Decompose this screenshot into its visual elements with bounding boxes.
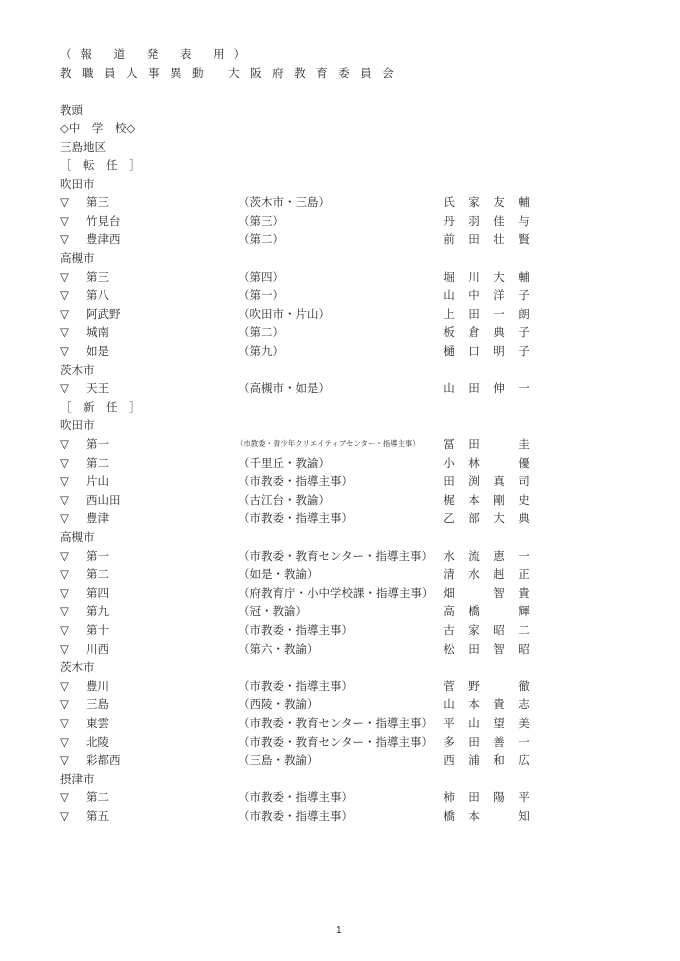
triangle-marker-icon: ▽ xyxy=(60,807,74,825)
name-char: 赳 xyxy=(492,565,506,583)
list-item: ▽三島（西陵・教諭）山本貴志 xyxy=(60,695,530,713)
name-char: 田 xyxy=(467,640,481,658)
school-name: 第三 xyxy=(86,268,109,286)
list-item: ▽第三（第四）堀川大輔 xyxy=(60,268,530,286)
name-char: 典 xyxy=(492,323,506,341)
school-name: 第九 xyxy=(86,602,109,620)
previous-post: （府教育庁・小中学校課・指導主事） xyxy=(238,584,434,602)
name-char: 司 xyxy=(517,472,531,490)
name-char: 善 xyxy=(492,733,506,751)
person-name: 乙部大典 xyxy=(442,509,532,527)
school-name: 第三 xyxy=(86,193,109,211)
person-name: 菅野徹 xyxy=(442,677,532,695)
name-char: 丹 xyxy=(442,212,456,230)
name-char: 正 xyxy=(517,565,531,583)
school-type-heading: ◇中 学 校◇ xyxy=(60,119,135,137)
list-item: ▽片山（市教委・指導主事）田渕真司 xyxy=(60,472,530,490)
school-name: 彩都西 xyxy=(86,751,121,769)
previous-post: （吹田市・片山） xyxy=(238,305,330,323)
name-char: 典 xyxy=(517,509,531,527)
name-char: 一 xyxy=(517,733,531,751)
school-name: 竹見台 xyxy=(86,212,121,230)
city-heading: 摂津市 xyxy=(60,770,95,788)
name-char: 水 xyxy=(442,547,456,565)
person-name: 畑智貴 xyxy=(442,584,532,602)
list-item: ▽第三（茨木市・三島）氏家友輔 xyxy=(60,193,530,211)
person-name: 堀川大輔 xyxy=(442,268,532,286)
previous-post: （第九） xyxy=(238,342,284,360)
school-name: 城南 xyxy=(86,323,109,341)
name-char: 倉 xyxy=(467,323,481,341)
previous-post: （市教委・指導主事） xyxy=(238,677,353,695)
name-char: 流 xyxy=(467,547,481,565)
name-char: 山 xyxy=(442,379,456,397)
name-char: 智 xyxy=(492,584,506,602)
section-label: ［ 転 任 ］ xyxy=(60,156,141,174)
person-name: 水流恵一 xyxy=(442,547,532,565)
list-item: ▽竹見台（第三）丹羽佳与 xyxy=(60,212,530,230)
name-char: 恵 xyxy=(492,547,506,565)
person-name: 氏家友輔 xyxy=(442,193,532,211)
triangle-marker-icon: ▽ xyxy=(60,230,74,248)
triangle-marker-icon: ▽ xyxy=(60,342,74,360)
name-char: 乙 xyxy=(442,509,456,527)
triangle-marker-icon: ▽ xyxy=(60,640,74,658)
triangle-marker-icon: ▽ xyxy=(60,509,74,527)
document-page: （報 道 発 表 用） 教職員人事異動 大阪府教育委員会 教頭 ◇中 学 校◇ … xyxy=(0,0,680,961)
school-name: 北陵 xyxy=(86,733,109,751)
name-char: 山 xyxy=(442,695,456,713)
triangle-marker-icon: ▽ xyxy=(60,788,74,806)
list-item: ▽西山田（古江台・教諭）梶本剛史 xyxy=(60,491,530,509)
name-char: 大 xyxy=(492,268,506,286)
name-char: 子 xyxy=(517,342,531,360)
name-char: 家 xyxy=(467,621,481,639)
previous-post: （如是・教諭） xyxy=(238,565,319,583)
person-name: 柿田陽平 xyxy=(442,788,532,806)
name-char: 部 xyxy=(467,509,481,527)
name-char: 友 xyxy=(492,193,506,211)
name-char: 清 xyxy=(442,565,456,583)
previous-post: （第一） xyxy=(238,286,284,304)
previous-post: （古江台・教諭） xyxy=(238,491,330,509)
person-name: 平山望美 xyxy=(442,714,532,732)
person-name: 高橋輝 xyxy=(442,602,532,620)
name-char: 壮 xyxy=(492,230,506,248)
name-char: 陽 xyxy=(492,788,506,806)
name-char: 山 xyxy=(442,286,456,304)
name-char: 貴 xyxy=(517,584,531,602)
name-char: 本 xyxy=(467,807,481,825)
name-char: 家 xyxy=(467,193,481,211)
person-name: 板倉典子 xyxy=(442,323,532,341)
previous-post: （第二） xyxy=(238,323,284,341)
previous-post: （市教委・青少年クリエイティブセンター・指導主事） xyxy=(236,435,420,453)
name-char: 子 xyxy=(517,323,531,341)
name-char: 柿 xyxy=(442,788,456,806)
previous-post: （千里丘・教諭） xyxy=(238,454,330,472)
name-char: 真 xyxy=(492,472,506,490)
city-heading: 吹田市 xyxy=(60,416,95,434)
school-name: 川西 xyxy=(86,640,109,658)
previous-post: （市教委・指導主事） xyxy=(238,621,353,639)
name-char: 平 xyxy=(517,788,531,806)
triangle-marker-icon: ▽ xyxy=(60,379,74,397)
person-name: 樋口明子 xyxy=(442,342,532,360)
list-item: ▽第九（冠・教諭）高橋輝 xyxy=(60,602,530,620)
list-item: ▽北陵（市教委・教育センター・指導主事）多田善一 xyxy=(60,733,530,751)
triangle-marker-icon: ▽ xyxy=(60,565,74,583)
triangle-marker-icon: ▽ xyxy=(60,193,74,211)
previous-post: （第六・教諭） xyxy=(238,640,319,658)
name-char: 中 xyxy=(467,286,481,304)
name-char: 前 xyxy=(442,230,456,248)
previous-post: （三島・教諭） xyxy=(238,751,319,769)
previous-post: （市教委・指導主事） xyxy=(238,807,353,825)
list-item: ▽第一（市教委・教育センター・指導主事）水流恵一 xyxy=(60,547,530,565)
list-item: ▽第五（市教委・指導主事）橋本知 xyxy=(60,807,530,825)
list-item: ▽東雲（市教委・教育センター・指導主事）平山望美 xyxy=(60,714,530,732)
list-item: ▽第二（如是・教諭）清水赳正 xyxy=(60,565,530,583)
name-char: 美 xyxy=(517,714,531,732)
triangle-marker-icon: ▽ xyxy=(60,714,74,732)
name-char: 田 xyxy=(442,472,456,490)
list-item: ▽豊津西（第二）前田壮賢 xyxy=(60,230,530,248)
press-label: （報 道 発 表 用） xyxy=(60,45,254,63)
previous-post: （第四） xyxy=(238,268,284,286)
person-name: 清水赳正 xyxy=(442,565,532,583)
school-name: 天王 xyxy=(86,379,109,397)
list-item: ▽天王（高槻市・如是）山田伸一 xyxy=(60,379,530,397)
person-name: 冨田圭 xyxy=(442,435,532,453)
name-char: 渕 xyxy=(467,472,481,490)
name-char: 昭 xyxy=(492,621,506,639)
triangle-marker-icon: ▽ xyxy=(60,212,74,230)
name-char: 田 xyxy=(467,733,481,751)
name-char: 梶 xyxy=(442,491,456,509)
name-char: 古 xyxy=(442,621,456,639)
school-name: 第一 xyxy=(86,435,109,453)
previous-post: （市教委・教育センター・指導主事） xyxy=(238,733,433,751)
triangle-marker-icon: ▽ xyxy=(60,268,74,286)
name-char: 西 xyxy=(442,751,456,769)
name-char: 口 xyxy=(467,342,481,360)
previous-post: （市教委・指導主事） xyxy=(238,788,353,806)
name-char: 佳 xyxy=(492,212,506,230)
name-char: 堀 xyxy=(442,268,456,286)
person-name: 前田壮賢 xyxy=(442,230,532,248)
name-char: 橋 xyxy=(467,602,481,620)
name-char: 朗 xyxy=(517,305,531,323)
person-name: 橋本知 xyxy=(442,807,532,825)
city-heading: 高槻市 xyxy=(60,528,95,546)
name-char: 輔 xyxy=(517,193,531,211)
name-char: 本 xyxy=(467,491,481,509)
list-item: ▽豊津（市教委・指導主事）乙部大典 xyxy=(60,509,530,527)
triangle-marker-icon: ▽ xyxy=(60,621,74,639)
triangle-marker-icon: ▽ xyxy=(60,491,74,509)
triangle-marker-icon: ▽ xyxy=(60,602,74,620)
school-name: 第八 xyxy=(86,286,109,304)
name-char: 望 xyxy=(492,714,506,732)
name-char: 山 xyxy=(467,714,481,732)
list-item: ▽城南（第二）板倉典子 xyxy=(60,323,530,341)
list-item: ▽如是（第九）樋口明子 xyxy=(60,342,530,360)
name-char: 田 xyxy=(467,305,481,323)
person-name: 松田智昭 xyxy=(442,640,532,658)
name-char: 小 xyxy=(442,454,456,472)
name-char: 上 xyxy=(442,305,456,323)
name-char: 優 xyxy=(517,454,531,472)
person-name: 山本貴志 xyxy=(442,695,532,713)
name-char: 野 xyxy=(467,677,481,695)
person-name: 古家昭二 xyxy=(442,621,532,639)
previous-post: （第三） xyxy=(238,212,284,230)
name-char: 輝 xyxy=(517,602,531,620)
name-char: 氏 xyxy=(442,193,456,211)
school-name: 第二 xyxy=(86,565,109,583)
previous-post: （西陵・教諭） xyxy=(238,695,319,713)
list-item: ▽第一（市教委・青少年クリエイティブセンター・指導主事）冨田圭 xyxy=(60,435,530,453)
school-name: 第一 xyxy=(86,547,109,565)
name-char: 子 xyxy=(517,286,531,304)
section-label: ［ 新 任 ］ xyxy=(60,398,141,416)
school-name: 第二 xyxy=(86,454,109,472)
previous-post: （冠・教諭） xyxy=(238,602,307,620)
name-char: 水 xyxy=(467,565,481,583)
triangle-marker-icon: ▽ xyxy=(60,695,74,713)
name-char: 田 xyxy=(467,230,481,248)
name-char: 本 xyxy=(467,695,481,713)
position-heading: 教頭 xyxy=(60,101,83,119)
name-char: 一 xyxy=(517,547,531,565)
name-char: 橋 xyxy=(442,807,456,825)
person-name: 田渕真司 xyxy=(442,472,532,490)
name-char: 剛 xyxy=(492,491,506,509)
name-char: 田 xyxy=(467,788,481,806)
name-char: 多 xyxy=(442,733,456,751)
name-char: 羽 xyxy=(467,212,481,230)
name-char: 史 xyxy=(517,491,531,509)
previous-post: （第二） xyxy=(238,230,284,248)
city-heading: 高槻市 xyxy=(60,249,95,267)
name-char: 賢 xyxy=(517,230,531,248)
school-name: 第十 xyxy=(86,621,109,639)
list-item: ▽第二（千里丘・教諭）小林優 xyxy=(60,454,530,472)
name-char: 二 xyxy=(517,621,531,639)
name-char: 徹 xyxy=(517,677,531,695)
person-name: 丹羽佳与 xyxy=(442,212,532,230)
school-name: 第四 xyxy=(86,584,109,602)
school-name: 第五 xyxy=(86,807,109,825)
person-name: 上田一朗 xyxy=(442,305,532,323)
name-char: 知 xyxy=(517,807,531,825)
name-char: 高 xyxy=(442,602,456,620)
person-name: 山中洋子 xyxy=(442,286,532,304)
name-char: 与 xyxy=(517,212,531,230)
name-char: 広 xyxy=(517,751,531,769)
triangle-marker-icon: ▽ xyxy=(60,305,74,323)
name-char: 菅 xyxy=(442,677,456,695)
triangle-marker-icon: ▽ xyxy=(60,454,74,472)
list-item: ▽第四（府教育庁・小中学校課・指導主事）畑智貴 xyxy=(60,584,530,602)
name-char: 和 xyxy=(492,751,506,769)
name-char: 冨 xyxy=(442,435,456,453)
name-char: 圭 xyxy=(517,435,531,453)
triangle-marker-icon: ▽ xyxy=(60,751,74,769)
name-char: 洋 xyxy=(492,286,506,304)
list-item: ▽第二（市教委・指導主事）柿田陽平 xyxy=(60,788,530,806)
list-item: ▽第八（第一）山中洋子 xyxy=(60,286,530,304)
person-name: 山田伸一 xyxy=(442,379,532,397)
school-name: 西山田 xyxy=(86,491,121,509)
name-char: 川 xyxy=(467,268,481,286)
triangle-marker-icon: ▽ xyxy=(60,435,74,453)
school-name: 第二 xyxy=(86,788,109,806)
previous-post: （市教委・指導主事） xyxy=(238,509,353,527)
name-char: 明 xyxy=(492,342,506,360)
name-char: 田 xyxy=(467,435,481,453)
name-char: 智 xyxy=(492,640,506,658)
name-char: 田 xyxy=(467,379,481,397)
previous-post: （茨木市・三島） xyxy=(238,193,330,211)
school-name: 豊津西 xyxy=(86,230,121,248)
school-name: 如是 xyxy=(86,342,109,360)
name-char: 松 xyxy=(442,640,456,658)
triangle-marker-icon: ▽ xyxy=(60,584,74,602)
school-name: 東雲 xyxy=(86,714,109,732)
triangle-marker-icon: ▽ xyxy=(60,286,74,304)
list-item: ▽豊川（市教委・指導主事）菅野徹 xyxy=(60,677,530,695)
city-heading: 吹田市 xyxy=(60,175,95,193)
city-heading: 茨木市 xyxy=(60,658,95,676)
school-name: 豊川 xyxy=(86,677,109,695)
previous-post: （市教委・教育センター・指導主事） xyxy=(238,547,433,565)
list-item: ▽彩都西（三島・教諭）西浦和広 xyxy=(60,751,530,769)
previous-post: （市教委・指導主事） xyxy=(238,472,353,490)
name-char: 昭 xyxy=(517,640,531,658)
name-char: 林 xyxy=(467,454,481,472)
list-item: ▽阿武野（吹田市・片山）上田一朗 xyxy=(60,305,530,323)
school-name: 三島 xyxy=(86,695,109,713)
list-item: ▽第十（市教委・指導主事）古家昭二 xyxy=(60,621,530,639)
person-name: 西浦和広 xyxy=(442,751,532,769)
name-char: 伸 xyxy=(492,379,506,397)
person-name: 小林優 xyxy=(442,454,532,472)
triangle-marker-icon: ▽ xyxy=(60,677,74,695)
name-char: 一 xyxy=(492,305,506,323)
name-char: 板 xyxy=(442,323,456,341)
name-char: 畑 xyxy=(442,584,456,602)
previous-post: （市教委・教育センター・指導主事） xyxy=(238,714,433,732)
name-char: 貴 xyxy=(492,695,506,713)
name-char: 一 xyxy=(517,379,531,397)
district-heading: 三島地区 xyxy=(60,138,106,156)
school-name: 豊津 xyxy=(86,509,109,527)
list-item: ▽川西（第六・教諭）松田智昭 xyxy=(60,640,530,658)
triangle-marker-icon: ▽ xyxy=(60,323,74,341)
page-number: 1 xyxy=(336,925,342,936)
triangle-marker-icon: ▽ xyxy=(60,472,74,490)
name-char: 浦 xyxy=(467,751,481,769)
school-name: 阿武野 xyxy=(86,305,121,323)
previous-post: （高槻市・如是） xyxy=(238,379,330,397)
triangle-marker-icon: ▽ xyxy=(60,547,74,565)
person-name: 梶本剛史 xyxy=(442,491,532,509)
name-char: 輔 xyxy=(517,268,531,286)
name-char: 志 xyxy=(517,695,531,713)
name-char: 大 xyxy=(492,509,506,527)
document-title: 教職員人事異動 大阪府教育委員会 xyxy=(60,64,404,82)
person-name: 多田善一 xyxy=(442,733,532,751)
school-name: 片山 xyxy=(86,472,109,490)
name-char: 平 xyxy=(442,714,456,732)
city-heading: 茨木市 xyxy=(60,361,95,379)
triangle-marker-icon: ▽ xyxy=(60,733,74,751)
name-char: 樋 xyxy=(442,342,456,360)
